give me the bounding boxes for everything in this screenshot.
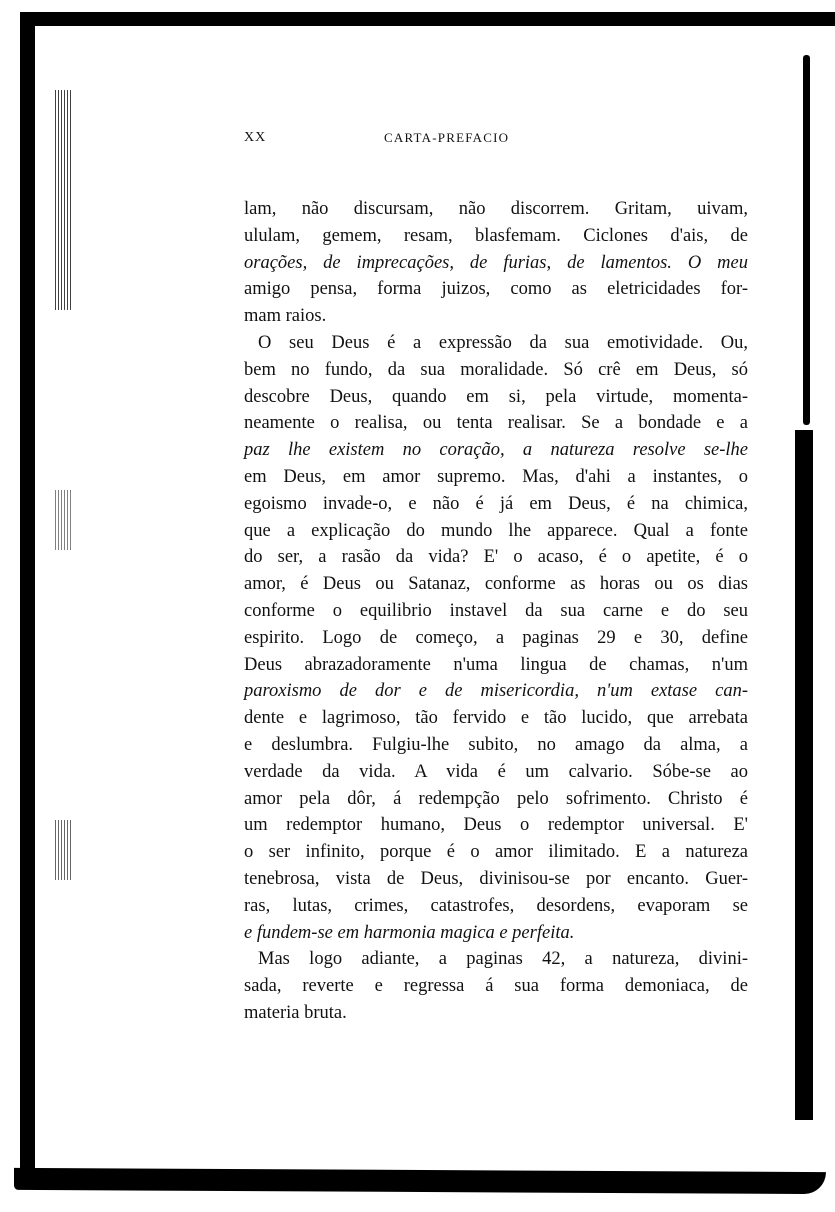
- text-line: bem no fundo, da sua moralidade. Só crê …: [244, 357, 748, 384]
- paragraph-1: lam, não discursam, não discorrem. Grita…: [244, 196, 748, 330]
- gutter-bleed-noise: [55, 490, 73, 550]
- body-text: lam, não discursam, não discorrem. Grita…: [244, 196, 748, 1027]
- text-line: ras, lutas, crimes, catastrofes, desorde…: [244, 893, 748, 920]
- text-line: neamente o realisa, ou tenta realisar. S…: [244, 410, 748, 437]
- text-line: e deslumbra. Fulgiu-lhe subito, no amago…: [244, 732, 748, 759]
- text-line: Deus abrazadoramente n'uma lingua de cha…: [244, 652, 748, 679]
- text-line: ululam, gemem, resam, blasfemam. Ciclone…: [244, 223, 748, 250]
- text-line: sada, reverte e regressa á sua forma dem…: [244, 973, 748, 1000]
- page-number: XX: [244, 130, 266, 146]
- running-head: XX CARTA-PREFACIO: [244, 130, 748, 156]
- text-line: tenebrosa, vista de Deus, divinisou-se p…: [244, 866, 748, 893]
- text-line: materia bruta.: [244, 1000, 748, 1027]
- text-line-italic: e fundem-se em harmonia magica e perfeit…: [244, 920, 748, 947]
- text-line: mam raios.: [244, 303, 748, 330]
- text-line: o ser infinito, porque é o amor ilimitad…: [244, 839, 748, 866]
- text-line-italic: paz lhe existem no coração, a natureza r…: [244, 437, 748, 464]
- text-line: Mas logo adiante, a paginas 42, a nature…: [244, 946, 748, 973]
- gutter-bleed-noise: [55, 90, 73, 310]
- text-line: amigo pensa, forma juizos, como as eletr…: [244, 276, 748, 303]
- text-line-italic: paroxismo de dor e de misericordia, n'um…: [244, 678, 748, 705]
- text-line: que a explicação do mundo lhe apparece. …: [244, 518, 748, 545]
- scan-border-bottom: [14, 1168, 826, 1194]
- text-line: amor pela dôr, á redempção pelo sofrimen…: [244, 786, 748, 813]
- text-line: amor, é Deus ou Satanaz, conforme as hor…: [244, 571, 748, 598]
- text-line: espirito. Logo de começo, a paginas 29 e…: [244, 625, 748, 652]
- book-page: XX CARTA-PREFACIO lam, não discursam, nã…: [244, 130, 748, 1027]
- text-line: verdade da vida. A vida é um calvario. S…: [244, 759, 748, 786]
- text-line: O seu Deus é a expressão da sua emotivid…: [244, 330, 748, 357]
- text-line-italic: orações, de imprecações, de furias, de l…: [244, 250, 748, 277]
- scan-border-top: [25, 12, 835, 26]
- paragraph-2: O seu Deus é a expressão da sua emotivid…: [244, 330, 748, 946]
- paragraph-3: Mas logo adiante, a paginas 42, a nature…: [244, 946, 748, 1026]
- text-line: do ser, a rasão da vida? E' o acaso, é o…: [244, 544, 748, 571]
- scan-right-edge-shadow: [803, 55, 810, 425]
- scan-border-left: [20, 12, 35, 1172]
- running-head-title: CARTA-PREFACIO: [384, 130, 509, 146]
- text-line: um redemptor humano, Deus o redemptor un…: [244, 812, 748, 839]
- scan-right-edge-block: [795, 430, 813, 1120]
- text-line: conforme o equilibrio instavel da sua ca…: [244, 598, 748, 625]
- text-line: egoismo invade-o, e não é já em Deus, é …: [244, 491, 748, 518]
- text-line: em Deus, em amor supremo. Mas, d'ahi a i…: [244, 464, 748, 491]
- text-line: descobre Deus, quando em si, pela virtud…: [244, 384, 748, 411]
- gutter-bleed-noise: [55, 820, 73, 880]
- text-line: dente e lagrimoso, tão fervido e tão luc…: [244, 705, 748, 732]
- text-line: lam, não discursam, não discorrem. Grita…: [244, 196, 748, 223]
